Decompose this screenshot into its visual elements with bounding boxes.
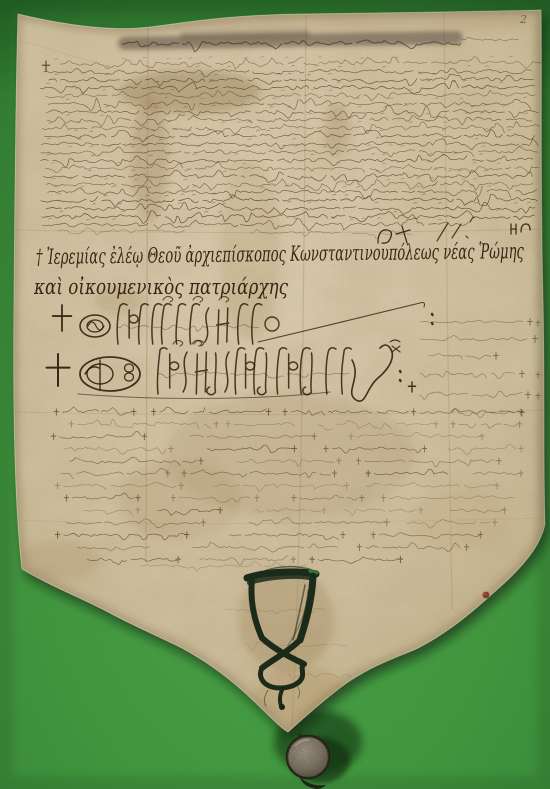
patriarch-signature-line2: καὶ οἰκουμενικὸς πατριάρχης — [33, 275, 288, 299]
corner-mark: 2 — [519, 13, 527, 26]
photo-stage: † Ἰερεμίας ἐλέῳ Θεοῦ ἀρχιεπίσκοπος Κωνστ… — [0, 0, 550, 789]
wax-spot — [483, 592, 490, 599]
manuscript-photo: † Ἰερεμίας ἐλέῳ Θεοῦ ἀρχιεπίσκοπος Κωνστ… — [0, 0, 550, 789]
